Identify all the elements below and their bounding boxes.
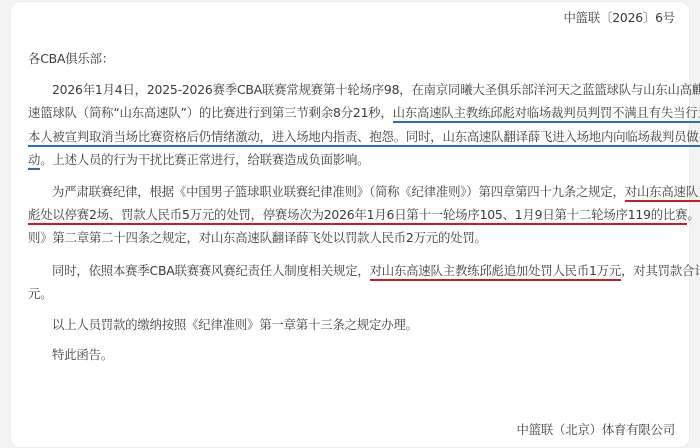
- para1-line3: 本人被宣判取消当场比赛资格后仍情绪激动，进入场地内指责、抱怨。同时，山东高速队翻…: [28, 129, 700, 145]
- paragraph-payment: 以上人员罚款的缴纳按照《纪律准则》第一章第十三条之规定办理。: [52, 317, 418, 333]
- para2-line3: 则》第二章第二十四条之规定，对山东高速队翻译薛飞处以罚款人民币2万元的处罚。: [28, 230, 487, 246]
- signature: 中篮联（北京）体育有限公司: [517, 422, 675, 438]
- notice-document: 中篮联〔2026〕6号 各CBA俱乐部： 2026年1月4日，2025-2026…: [10, 1, 690, 442]
- highlight-additional-fine: 对山东高速队主教练邱彪追加处罚人民币1万元: [370, 263, 622, 281]
- greeting: 各CBA俱乐部：: [28, 51, 114, 67]
- closing-remark: 特此函告。: [52, 347, 113, 363]
- para2-line1: 为严肃联赛纪律，根据《中国男子篮球职业联赛纪律准则》（简称《纪律准则》）第四章第…: [52, 184, 700, 200]
- highlight-suspension-details: 彪处以停赛2场、罚款人民币5万元的处罚，停赛场次为2026年1月6日第十一轮场序…: [28, 207, 687, 225]
- highlight-coach-conduct: 山东高速队主教练邱彪对临场裁判员判罚不满且有失当行为，在其: [393, 105, 700, 123]
- para1-line4: 动。上述人员的行为干扰比赛正常进行，给联赛造成负面影响。: [28, 152, 369, 168]
- highlight-coach-translator-conduct: 本人被宣判取消当场比赛资格后仍情绪激动，进入场地内指责、抱怨。同时，山东高速队翻…: [28, 129, 700, 147]
- para3-line1: 同时，依照本赛季CBA联赛赛风赛纪责任人制度相关规定，对山东高速队主教练邱彪追加…: [52, 263, 700, 279]
- para2-line2: 彪处以停赛2场、罚款人民币5万元的处罚，停赛场次为2026年1月6日第十一轮场序…: [28, 207, 700, 223]
- para3-line2: 元。: [28, 286, 52, 302]
- document-number: 中篮联〔2026〕6号: [563, 10, 675, 26]
- para1-line2: 速篮球队（简称“山东高速队”）的比赛进行到第三节剩余8分21秒，山东高速队主教练…: [28, 105, 700, 121]
- para1-line1: 2026年1月4日，2025-2026赛季CBA联赛常规赛第十轮场序98，在南京…: [52, 82, 700, 98]
- highlight-coach-suspension: 对山东高速队主教练邱: [625, 184, 700, 202]
